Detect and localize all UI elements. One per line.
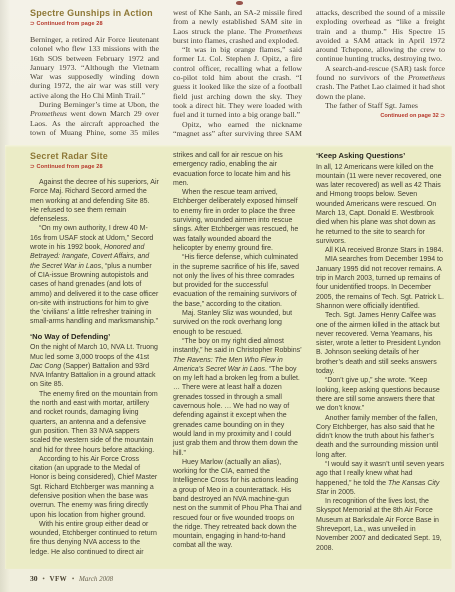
- paragraph: “The boy on my right died almost instant…: [173, 337, 302, 458]
- continued-arrow-icon: ⊃: [30, 164, 35, 170]
- continued-on-label: Continued on page 32: [380, 113, 440, 119]
- continued-from-label: Continued from page 28: [36, 21, 102, 27]
- paragraph: A search-and-rescue (SAR) task force fou…: [316, 64, 445, 101]
- magazine-page: Spectre Gunships in Action ⊃ Continued f…: [0, 0, 455, 592]
- paragraph: On the night of March 10, NVA Lt. Truong…: [30, 343, 159, 389]
- paragraph: “I would say it wasn’t until seven years…: [316, 460, 445, 497]
- paragraph: Maj. Stanley Sliz was wounded, but survi…: [173, 309, 302, 337]
- paragraph: Berninger, a retired Air Force lieutenan…: [30, 35, 159, 100]
- sidebar-box: Secret Radar Site ⊃ Continued from page …: [5, 145, 452, 569]
- paragraph: Tech. Sgt. James Henry Calfee was one of…: [316, 311, 445, 376]
- paragraph: Against the decree of his superiors, Air…: [30, 178, 159, 224]
- radar-article: Secret Radar Site ⊃ Continued from page …: [30, 151, 445, 563]
- continued-from-label: Continued from page 28: [36, 164, 102, 170]
- paragraph: “It was in big orange flames,” said form…: [173, 45, 302, 119]
- continued-arrow-icon: ⊃: [440, 113, 445, 119]
- paragraph: The father of Staff Sgt. James: [316, 101, 445, 110]
- scan-artifact: [236, 1, 243, 5]
- paragraph: According to his Air Force Cross citatio…: [30, 455, 159, 520]
- subheading: ‘Keep Asking Questions’: [316, 151, 445, 161]
- spectre-article: Spectre Gunships in Action ⊃ Continued f…: [30, 8, 445, 144]
- paragraph: All KIA received Bronze Stars in 1984.: [316, 246, 445, 255]
- paragraph: In recognition of the lives lost, the Sk…: [316, 497, 445, 553]
- subheading: ‘No Way of Defending’: [30, 332, 159, 342]
- paragraph: Huey Marlow (actually an alias), working…: [173, 458, 302, 551]
- paragraph: “His fierce defense, which culminated in…: [173, 253, 302, 309]
- article-title: Spectre Gunships in Action: [30, 8, 159, 19]
- continued-arrow-icon: ⊃: [30, 21, 35, 27]
- paragraph: MIA searches from December 1994 to Janua…: [316, 255, 445, 311]
- continued-on-notice: Continued on page 32 ⊃: [316, 112, 445, 120]
- paragraph: Another family member of the fallen, Cor…: [316, 414, 445, 460]
- article-title: Secret Radar Site: [30, 151, 159, 162]
- paragraph: “Don’t give up,” she wrote. “Keep lookin…: [316, 376, 445, 413]
- paragraph: The enemy fired on the mountain from the…: [30, 390, 159, 455]
- separator-dot: •: [72, 575, 74, 583]
- continued-from-notice: ⊃ Continued from page 28: [30, 21, 159, 28]
- footer-issue-date: March 2008: [79, 575, 113, 583]
- paragraph: In all, 12 Americans were killed on the …: [316, 163, 445, 247]
- paragraph: When the rescue team arrived, Etchberger…: [173, 188, 302, 253]
- paragraph: “On my own authority, I drew 40 M-16s fr…: [30, 224, 159, 326]
- separator-dot: •: [42, 575, 44, 583]
- continued-from-notice: ⊃ Continued from page 28: [30, 164, 159, 171]
- page-footer: 30 • VFW • March 2008: [30, 574, 113, 584]
- footer-page-number: 30: [30, 574, 38, 583]
- footer-magazine-name: VFW: [50, 575, 68, 583]
